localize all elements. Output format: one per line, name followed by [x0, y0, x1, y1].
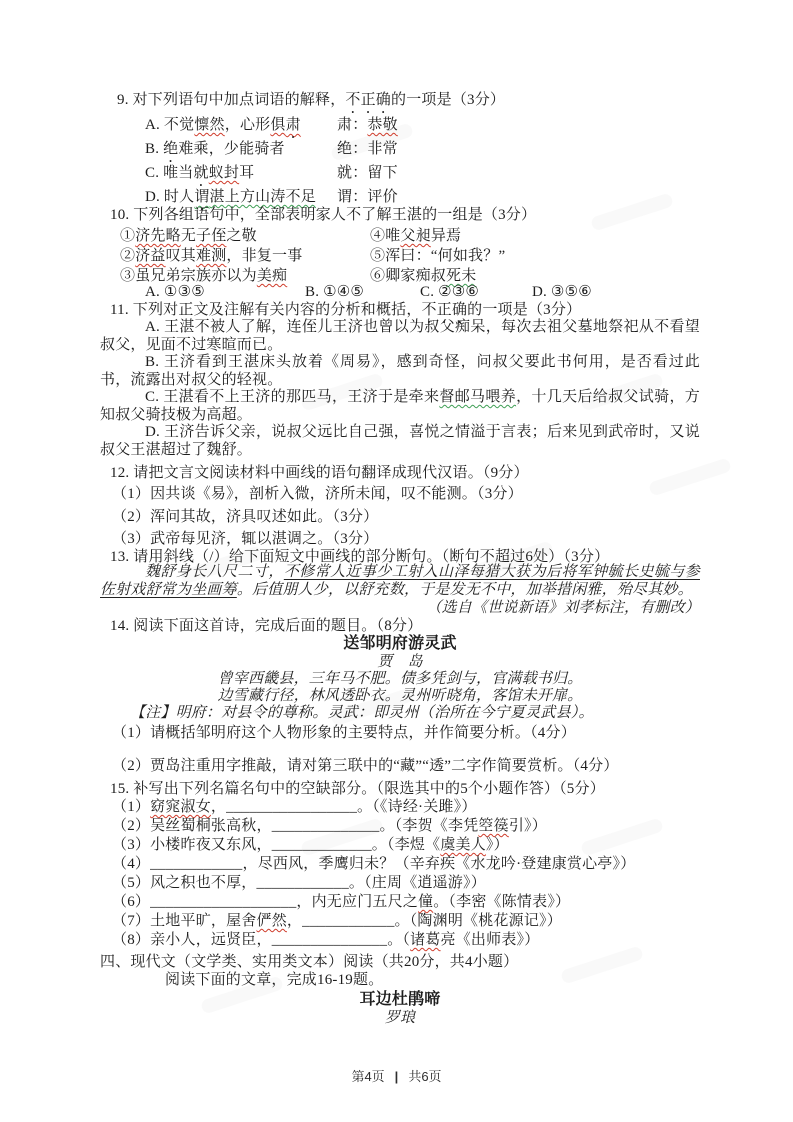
text-segment: 肃 [286, 117, 301, 133]
text-segment: ④唯 [370, 228, 400, 244]
text-segment: 贾 岛 [377, 654, 423, 670]
question-15-item-5: （5）风之积也不厚，____________。（庄周《逍遥游》） [112, 873, 486, 894]
text-segment: 恭敬 [367, 117, 397, 133]
footer-page-number: 第4页 [351, 1069, 384, 1084]
text-segment: （5）风之积也不厚，____________。（庄周《逍遥游》） [112, 875, 486, 891]
option-sentence: B. 绝难乘，少能骑者 [145, 139, 337, 166]
text-segment: 湛上方山涛不足 [210, 189, 316, 205]
question-12-sub-1: （1）因共谈《易》，剖析入微，济所未闻，叹不能测。（3分） [112, 484, 523, 505]
question-12-sub-2: （2）浑问其故，济具叹述如此。（3分） [112, 507, 378, 528]
text-segment: （3）武帝每见济，辄以湛调之。（3分） [112, 531, 378, 547]
text-segment: 谓 [194, 189, 209, 205]
option-gloss: 肃：恭敬 [337, 117, 398, 133]
text-segment: 蚁封 [209, 165, 239, 181]
text-segment: 肃： [337, 117, 367, 133]
text-segment: 虞美人 [440, 837, 486, 853]
text-segment: 就：留下 [337, 165, 398, 181]
text-segment: 耳边杜鹃啼 [359, 991, 440, 1008]
text-segment: 亮《出师表》） [441, 932, 540, 948]
text-segment: （2）浑问其故，济具叹述如此。（3分） [112, 509, 378, 525]
text-segment: 9. 对下列语句中加点词语的解释， [117, 92, 345, 108]
text-segment: 罗琅 [385, 1010, 415, 1026]
question-14-sub-2: （2）贾岛注重用字推敲，请对第三联中的“藏”“透”二字作简要赏析。（4分） [112, 756, 619, 777]
question-9-stem: 9. 对下列语句中加点词语的解释，不正确的一项是（3分） [117, 90, 505, 117]
text-segment: （1） [112, 799, 150, 815]
text-segment: ，____________。（陶渊明《桃花源记》） [287, 913, 562, 929]
text-segment: D. 王济告诉父亲，说叔父远比自己强，喜悦之情溢于言表；后来见到武帝时，又说叔父… [100, 424, 700, 458]
text-segment: 谓：评价 [337, 189, 398, 205]
question-15-item-7: （7）土地平旷，屋舍俨然，____________。（陶渊明《桃花源记》） [112, 911, 562, 932]
text-segment: B. [145, 141, 163, 157]
question-12-stem: 12. 请把文言文阅读材料中画线的语句翻译成现代汉语。（9分） [110, 463, 529, 484]
text-segment: 15. 补写出下列名篇名句中的空缺部分。（限选其中的5个小题作答）（5分） [110, 781, 605, 797]
text-segment: （2）吴丝蜀桐张高秋，______________。（李贺《李凭 [112, 818, 478, 834]
question-11-option-a: A. 王湛不被人了解，连侄儿王济也曾以为叔父痴呆，每次去祖父墓地祭祀从不看望叔父… [100, 319, 700, 354]
text-segment: ② [120, 248, 135, 264]
text-segment: 。（李密《陈情表》） [433, 894, 570, 910]
item-left: ①济先略无子侄之敬 [120, 226, 370, 247]
question-10-stem: 10. 下列各组语句中，全部表明家人不了解王湛的一组是（3分） [110, 205, 536, 226]
text-segment: 无 [181, 228, 196, 244]
question-10-items-row-2: ②济益叹其难测，非复一事⑤浑曰：“何如我？” [120, 246, 505, 267]
item-right: ⑤浑曰：“何如我？” [370, 248, 505, 264]
text-segment: （选自《世说新语》刘孝标注，有删改） [426, 600, 700, 616]
text-segment: A. 王湛不被人了解，连侄儿王济也曾以为叔父痴呆，每次去祖父墓地祭祀从不看望叔父… [100, 319, 700, 353]
essay-author: 罗琅 [100, 1008, 700, 1029]
text-segment: 绝 [163, 141, 178, 157]
item-left: ②济益叹其难测，非复一事 [120, 246, 370, 267]
text-segment: 俨然 [257, 913, 287, 929]
text-segment: A. 不觉 [145, 117, 194, 133]
text-segment: 不正确 [422, 302, 468, 318]
text-segment: 曾宰西畿县，三年马不肥。债多凭剑与，官满载书归。 [218, 671, 583, 687]
page-footer: 第4页|共6页 [0, 1066, 793, 1085]
text-segment: ，_________________。（《诗经·关雎》） [211, 799, 477, 815]
text-segment: （2）贾岛注重用字推敲，请对第三联中的“藏”“透”二字作简要赏析。（4分） [112, 758, 619, 774]
text-segment: 箜篌 [478, 818, 508, 834]
text-segment: 叹其 [166, 248, 196, 264]
text-segment: 不正确 [345, 92, 391, 108]
question-11-option-b: B. 王济看到王湛床头放着《周易》，感到奇怪，问叔父要此书何用，是否看过此书，流… [100, 354, 700, 389]
text-segment: 送邹明府游灵武 [343, 635, 456, 652]
question-9-option-b: B. 绝难乘，少能骑者绝：非常 [145, 139, 398, 166]
text-segment: 12. 请把文言文阅读材料中画线的语句翻译成现代汉语。（9分） [110, 465, 529, 481]
text-segment: 【注】明府：对县令的尊称。灵武：即灵州（治所在今宁夏灵武县）。 [130, 705, 594, 721]
text-segment: 异焉 [431, 228, 461, 244]
text-segment: 》） [486, 837, 509, 853]
text-segment: 窈窕淑女 [150, 799, 211, 815]
question-10-items-row-1: ①济先略无子侄之敬④唯父昶异焉 [120, 226, 461, 247]
text-segment: 阅读下面的文章，完成16-19题。 [165, 972, 383, 988]
poem-title: 送邹明府游灵武 [100, 633, 700, 654]
option-gloss: 就：留下 [337, 165, 398, 181]
text-segment: 10. 下列各组语句中，全部表明家人不了解王湛的一组是（3分） [110, 207, 536, 223]
option-gloss: 谓：评价 [337, 189, 398, 205]
question-15-item-8: （8）亲小人，远贤臣，_______________。（诸葛亮《出师表》） [112, 930, 539, 951]
text-segment: 父昶 [400, 228, 430, 244]
text-segment: 14. 阅读下面这首诗，完成后面的题目。（8分） [110, 618, 422, 634]
text-segment: C. 唯当 [145, 165, 194, 181]
text-segment: ，心形 [225, 117, 271, 133]
footer-total-pages: 共6页 [408, 1069, 441, 1084]
text-segment: 边雪藏行径，林风透卧衣。灵州听晓角，客馆未开扉。 [218, 688, 583, 704]
option-sentence: C. 唯当就蚁封耳 [145, 163, 337, 190]
text-segment: 僮 [418, 894, 433, 910]
text-segment: （1）请概括邹明府这个人物形象的主要特点，并作简要分析。（4分） [112, 725, 576, 741]
text-segment: D. ③⑤⑥ [532, 284, 592, 300]
text-segment: 难乘，少能骑者 [178, 141, 284, 157]
question-15-item-4: （4）____________，尽西风，季鹰归未？（辛弃疾《水龙吟·登建康赏心亭… [112, 854, 635, 875]
text-segment: 四、现代文（文学类、实用类文本）阅读（共20分，共4小题） [100, 954, 518, 970]
text-segment: ⑤浑曰：“何如我？” [370, 248, 505, 264]
text-segment: 13. 请用斜线（/）给下面短文中画线的部分断句。（断句不超过6处）（3分） [110, 549, 609, 565]
exam-page: 9. 对下列语句中加点词语的解释，不正确的一项是（3分）A. 不觉懔然，心形俱肃… [0, 0, 793, 1122]
text-segment: B. 王济看到王湛床头放着《周易》，感到奇怪，问叔父要此书何用，是否看过此书，流… [100, 354, 700, 388]
text-segment: 济先略 [135, 228, 181, 244]
question-11-option-d: D. 王济告诉父亲，说叔父远比自己强，喜悦之情溢于言表；后来见到武帝时，又说叔父… [100, 424, 700, 459]
section-4-instruction: 阅读下面的文章，完成16-19题。 [165, 970, 383, 991]
poem-note: 【注】明府：对县令的尊称。灵武：即灵州（治所在今宁夏灵武县）。 [130, 703, 594, 724]
question-15-item-3: （3）小楼昨夜又东风，_____________。（李煜《虞美人》） [112, 835, 509, 856]
text-segment: 引》） [509, 818, 547, 834]
exam-document-body: 9. 对下列语句中加点词语的解释，不正确的一项是（3分）A. 不觉懔然，心形俱肃… [100, 0, 700, 1122]
text-segment: 之敬 [226, 228, 256, 244]
item-right: ④唯父昶异焉 [370, 228, 461, 244]
text-segment: 诸葛 [410, 932, 440, 948]
question-15-item-2: （2）吴丝蜀桐张高秋，______________。（李贺《李凭箜篌引》） [112, 816, 547, 837]
option-gloss: 绝：非常 [337, 141, 398, 157]
footer-separator: | [395, 1069, 399, 1084]
text-segment: （7）土地平旷，屋舍 [112, 913, 257, 929]
text-segment: 督邮马喂养 [439, 389, 516, 405]
text-segment: （3）小楼昨夜又东风，_____________。（李煜《 [112, 837, 440, 853]
question-9-option-a: A. 不觉懔然，心形俱肃肃：恭敬 [145, 115, 398, 142]
question-14-sub-1: （1）请概括邹明府这个人物形象的主要特点，并作简要分析。（4分） [112, 723, 576, 744]
question-11-option-c: C. 王湛看不上王济的那匹马，王济于是牵来督邮马喂养，十几天后给叔父试骑，方知叔… [100, 389, 700, 424]
text-segment: 耳 [239, 165, 254, 181]
question-15-item-1: （1）窈窕淑女，_________________。（《诗经·关雎》） [112, 797, 477, 818]
text-segment: 就 [194, 165, 209, 181]
question-15-item-6: （6）___________________，内无应门五尺之僮。（李密《陈情表》… [112, 892, 570, 913]
text-segment: 的一项是（3分） [467, 302, 581, 318]
text-segment: 魏舒身长八尺二寸， [145, 564, 284, 580]
text-segment: 懔然 [194, 117, 224, 133]
text-segment: ① [120, 228, 135, 244]
text-segment: 子侄 [196, 228, 226, 244]
question-9-option-c: C. 唯当就蚁封耳就：留下 [145, 163, 398, 190]
text-segment: 难测 [196, 248, 226, 264]
text-segment: 11. 下列对正文及注解有关内容的分析和概括， [110, 302, 422, 318]
text-segment: C. 王湛看不上王济的那匹马，王济于是牵来 [145, 389, 439, 405]
question-13-passage: 魏舒身长八尺二寸，不修常人近事少工射入山泽每猎大获为后将军钟毓长史毓与参佐射戏舒… [100, 564, 700, 599]
text-segment: 济益 [135, 248, 165, 264]
text-segment: （8）亲小人，远贤臣，_______________。（ [112, 932, 410, 948]
text-segment: （4）____________，尽西风，季鹰归未？（辛弃疾《水龙吟·登建康赏心亭… [112, 856, 635, 872]
text-segment: （6）___________________，内无应门五尺之 [112, 894, 418, 910]
text-segment: 俱 [270, 117, 285, 133]
text-segment: ，非复一事 [226, 248, 302, 264]
text-segment: 的一项是（3分） [391, 92, 505, 108]
text-segment: 。后值朋人少，以舒充数，于是发无不中，加举措闲雅，殆尽其妙。 [237, 582, 693, 598]
text-segment: （1）因共谈《易》，剖析入微，济所未闻，叹不能测。（3分） [112, 486, 523, 502]
text-segment: 绝：非常 [337, 141, 398, 157]
essay-title: 耳边杜鹃啼 [100, 989, 700, 1010]
text-segment: D. 时人 [145, 189, 194, 205]
option-sentence: A. 不觉懔然，心形俱肃 [145, 115, 337, 142]
